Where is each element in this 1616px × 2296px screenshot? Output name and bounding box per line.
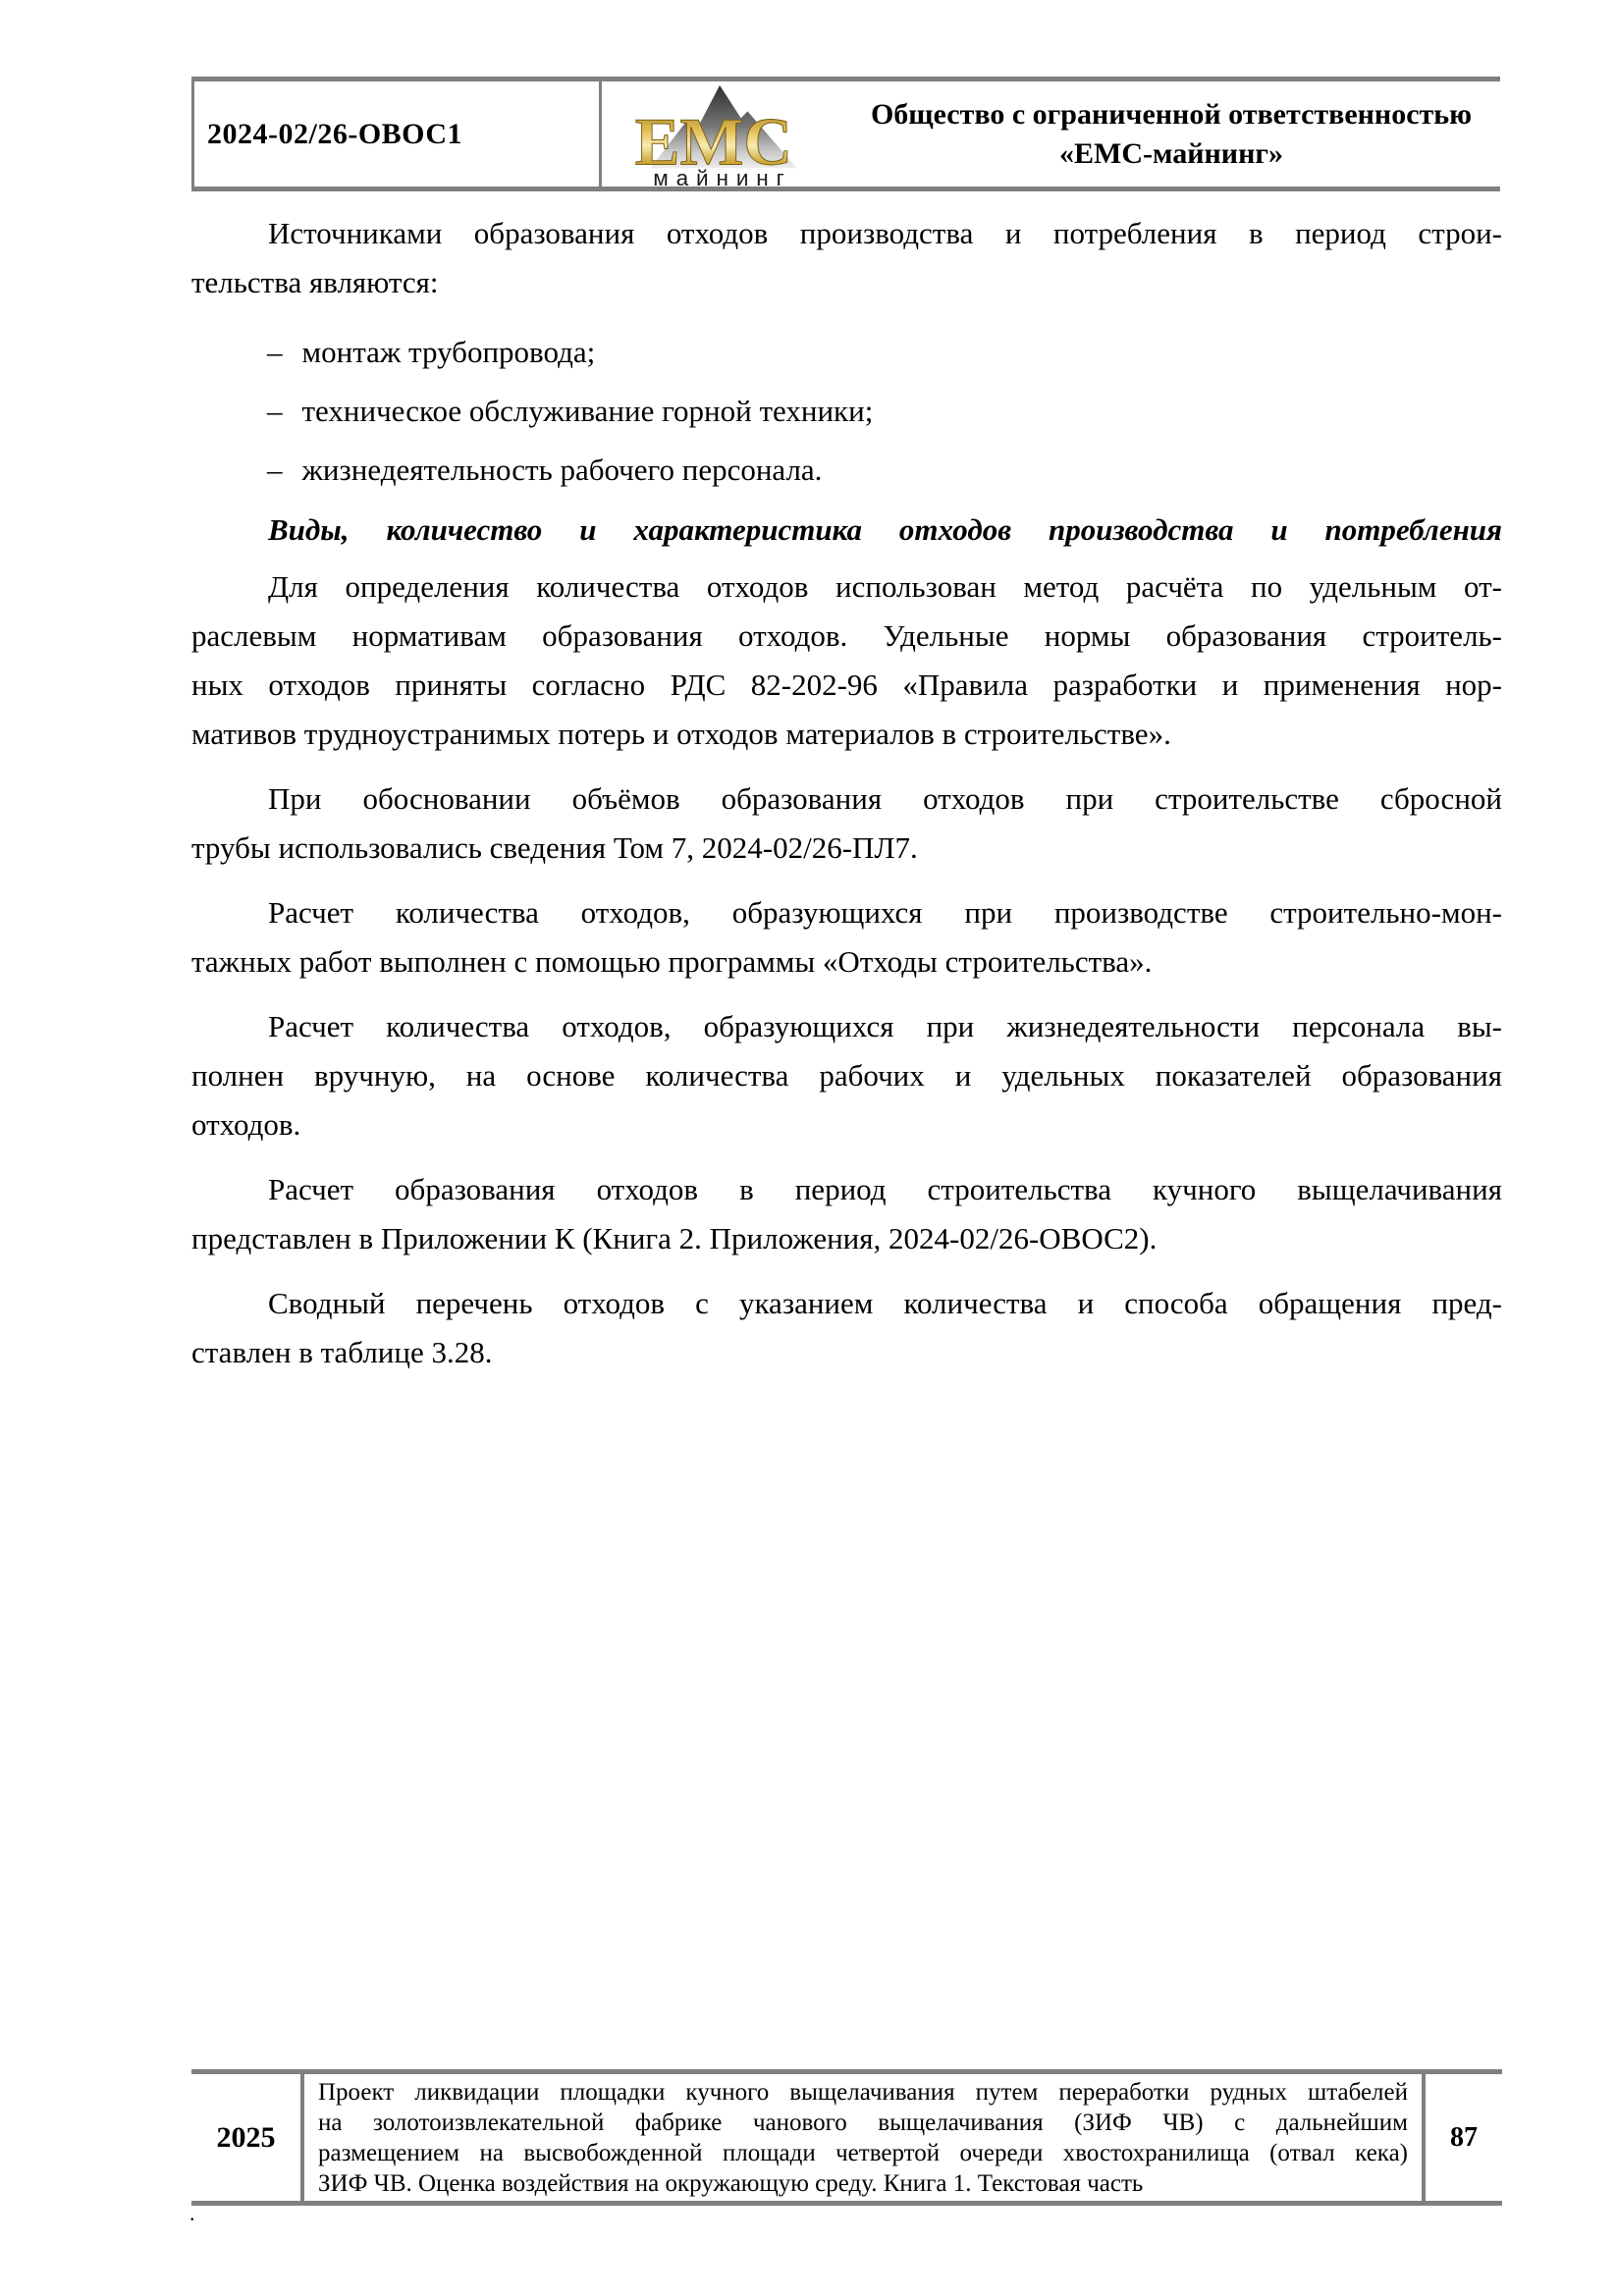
list-item-text: монтаж трубопровода; <box>302 335 596 369</box>
paragraph-sources: Источниками образования отходов производ… <box>191 209 1502 307</box>
footer-page-cell: 87 <box>1426 2074 1502 2201</box>
text-line: раслевым нормативам образования отходов.… <box>191 612 1502 661</box>
text-line: При обосновании объёмов образования отхо… <box>191 774 1502 824</box>
paragraph-personnel-waste: Расчет количества отходов, образующихся … <box>191 1002 1502 1149</box>
footer-line: ЗИФ ЧВ. Оценка воздействия на окружающую… <box>318 2168 1408 2199</box>
text-line: мативов трудноустранимых потерь и отходо… <box>191 710 1502 759</box>
text-line: полнен вручную, на основе количества раб… <box>191 1051 1502 1100</box>
text-line: ставлен в таблице 3.28. <box>191 1328 1502 1377</box>
list-item: –жизнедеятельность рабочего персонала. <box>191 441 1502 500</box>
bullet-list: –монтаж трубопровода; –техническое обслу… <box>191 323 1502 500</box>
text-line: Источниками образования отходов производ… <box>191 209 1502 258</box>
logo-mining-text: майнинг <box>653 166 792 189</box>
dash-marker: – <box>267 382 283 441</box>
list-item: –техническое обслуживание горной техники… <box>191 382 1502 441</box>
list-item-text: техническое обслуживание горной техники; <box>302 394 874 428</box>
text-line: тельства являются: <box>191 258 1502 307</box>
paragraph-appendix: Расчет образования отходов в период стро… <box>191 1165 1502 1263</box>
logo-cell: ЕМС майнинг <box>602 81 842 187</box>
dash-marker: – <box>267 323 283 382</box>
page-number: 87 <box>1450 2122 1478 2154</box>
document-page: 2024-02/26-ОВОС1 <box>0 0 1616 2296</box>
text-line: тажных работ выполнен с помощью программ… <box>191 937 1502 987</box>
footer-table: 2025 Проект ликвидации площадки кучного … <box>191 2069 1502 2206</box>
text-line: трубы использовались сведения Том 7, 202… <box>191 824 1502 873</box>
paragraph-summary-table: Сводный перечень отходов с указанием кол… <box>191 1279 1502 1377</box>
footer-line: на золотоизвлекательной фабрике чанового… <box>318 2108 1408 2138</box>
footer-year-cell: 2025 <box>191 2074 304 2201</box>
emc-logo: ЕМС майнинг <box>631 80 814 189</box>
text-line: ных отходов приняты согласно РДС 82-202-… <box>191 661 1502 710</box>
section-heading: Виды, количество и характеристика отходо… <box>191 506 1502 555</box>
dash-marker: – <box>267 441 283 500</box>
text-line: Для определения количества отходов испол… <box>191 562 1502 612</box>
doc-code: 2024-02/26-ОВОС1 <box>207 118 462 151</box>
paragraph-method: Для определения количества отходов испол… <box>191 562 1502 759</box>
text-line: Расчет количества отходов, образующихся … <box>191 888 1502 937</box>
text-line: Сводный перечень отходов с указанием кол… <box>191 1279 1502 1328</box>
document-body: Источниками образования отходов производ… <box>191 209 1502 1393</box>
paragraph-construction-waste: Расчет количества отходов, образующихся … <box>191 888 1502 987</box>
list-item: –монтаж трубопровода; <box>191 323 1502 382</box>
paragraph-justification: При обосновании объёмов образования отхо… <box>191 774 1502 873</box>
footer-line: размещением на высвобожденной площади че… <box>318 2138 1408 2168</box>
footer-project-description: Проект ликвидации площадки кучного выщел… <box>304 2074 1426 2201</box>
text-line: Расчет образования отходов в период стро… <box>191 1165 1502 1214</box>
company-name-cell: Общество с ограниченной ответственностью… <box>842 81 1500 187</box>
doc-code-cell: 2024-02/26-ОВОС1 <box>191 81 602 187</box>
footer-year: 2025 <box>217 2121 276 2155</box>
stray-mark: . <box>189 2203 195 2224</box>
text-line: представлен в Приложении К (Книга 2. При… <box>191 1214 1502 1263</box>
text-line: Расчет количества отходов, образующихся … <box>191 1002 1502 1051</box>
company-name-line2: «ЕМС-майнинг» <box>1059 134 1283 174</box>
company-name-line1: Общество с ограниченной ответственностью <box>871 95 1472 134</box>
header-table: 2024-02/26-ОВОС1 <box>191 77 1500 191</box>
list-item-text: жизнедеятельность рабочего персонала. <box>302 453 823 487</box>
text-line: отходов. <box>191 1100 1502 1149</box>
footer-line: Проект ликвидации площадки кучного выщел… <box>318 2077 1408 2108</box>
